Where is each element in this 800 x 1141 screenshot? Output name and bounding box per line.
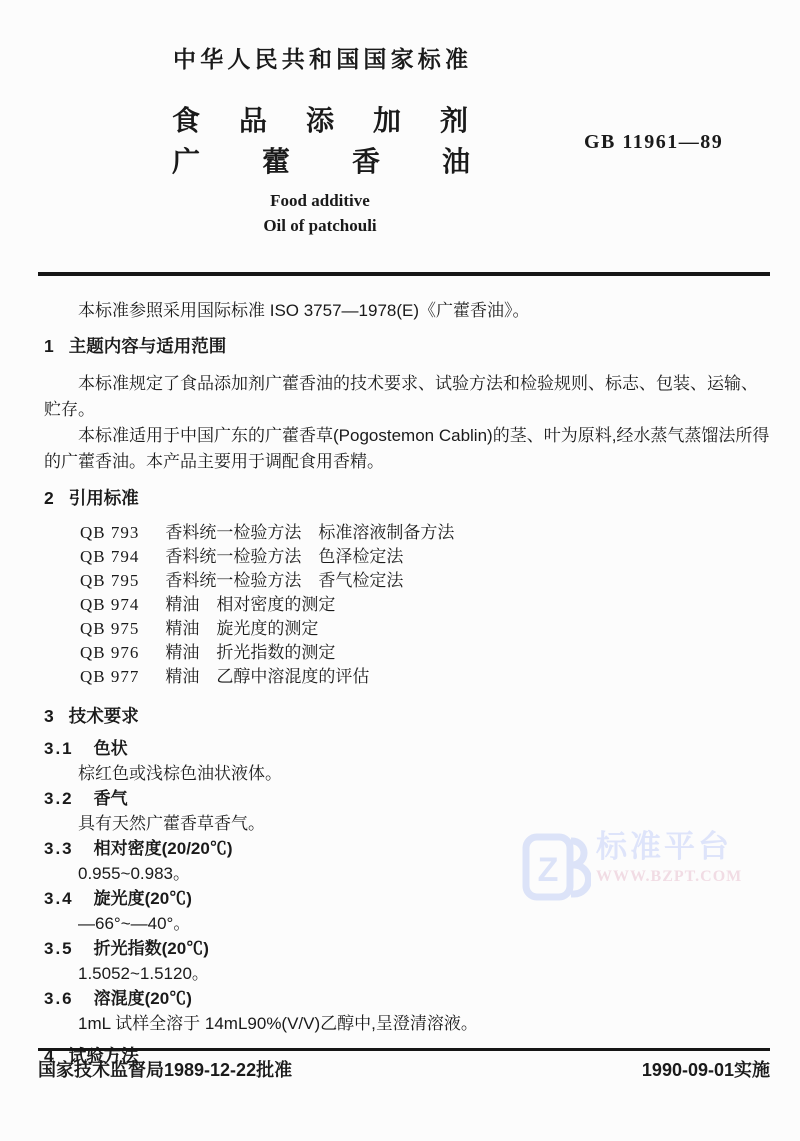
section-2-heading: 2 引用标准 <box>44 485 772 511</box>
subsection-heading: 3.6 溶混度(20℃) <box>44 986 772 1011</box>
section-1-heading: 1 主题内容与适用范围 <box>44 333 772 359</box>
section-1-title: 主题内容与适用范围 <box>69 333 227 359</box>
subsection-heading: 3.3 相对密度(20/20℃) <box>44 836 772 861</box>
subsection-heading: 3.5 折光指数(20℃) <box>44 936 772 961</box>
subsection-value: 1.5052~1.5120。 <box>44 961 772 986</box>
section-3-heading: 3 技术要求 <box>44 703 772 729</box>
subsection-value: 棕红色或浅棕色油状液体。 <box>44 761 772 786</box>
section-1-paragraph-1: 本标准规定了食品添加剂广藿香油的技术要求、试验方法和检验规则、标志、包装、运输、… <box>44 371 772 423</box>
section-2-number: 2 <box>44 485 54 511</box>
list-item: QB 977 精油 乙醇中溶混度的评估 <box>80 665 772 689</box>
ref-name: 精油 乙醇中溶混度的评估 <box>165 665 369 689</box>
ref-name: 香料统一检验方法 香气检定法 <box>165 569 403 593</box>
implementation-note: 1990-09-01实施 <box>642 1056 770 1082</box>
ref-code: QB 977 <box>80 665 139 689</box>
subsection-number: 3.5 <box>44 936 74 961</box>
subsection-title: 折光指数(20℃) <box>94 936 209 961</box>
subsection-number: 3.2 <box>44 786 74 811</box>
referenced-standards-list: QB 793 香料统一检验方法 标准溶液制备方法 QB 794 香料统一检验方法… <box>44 521 772 689</box>
subsection-number: 3.1 <box>44 736 74 761</box>
section-3-number: 3 <box>44 703 54 729</box>
list-item: QB 794 香料统一检验方法 色泽检定法 <box>80 545 772 569</box>
subsection-title: 香气 <box>94 786 128 811</box>
ref-name: 精油 旋光度的测定 <box>165 617 318 641</box>
list-item: QB 975 精油 旋光度的测定 <box>80 617 772 641</box>
section-3-title: 技术要求 <box>69 703 139 729</box>
standard-number: GB 11961—89 <box>584 131 723 154</box>
footer-divider-rule <box>38 1048 770 1051</box>
list-item: QB 793 香料统一检验方法 标准溶液制备方法 <box>80 521 772 545</box>
section-1-number: 1 <box>44 333 54 359</box>
english-title-line2: Oil of patchouli <box>172 216 468 236</box>
ref-name: 香料统一检验方法 色泽检定法 <box>165 545 403 569</box>
ref-code: QB 975 <box>80 617 139 641</box>
subsection-title: 相对密度(20/20℃) <box>94 836 233 861</box>
subsection-value: 具有天然广藿香草香气。 <box>44 811 772 836</box>
subsection-value: 1mL 试样全溶于 14mL90%(V/V)乙醇中,呈澄清溶液。 <box>44 1011 772 1036</box>
subsection-title: 旋光度(20℃) <box>94 886 192 911</box>
english-title-line1: Food additive <box>172 191 468 211</box>
ref-name: 精油 折光指数的测定 <box>165 641 335 665</box>
subsection-number: 3.4 <box>44 886 74 911</box>
standard-document-page: 中华人民共和国国家标准 食品添加剂 广藿香油 GB 11961—89 Food … <box>0 0 800 1141</box>
section-1-paragraph-2: 本标准适用于中国广东的广藿香草(Pogostemon Cablin)的茎、叶为原… <box>44 423 772 475</box>
section-2-title: 引用标准 <box>69 485 139 511</box>
list-item: QB 976 精油 折光指数的测定 <box>80 641 772 665</box>
document-title-line1: 食品添加剂 <box>172 99 507 139</box>
technical-requirements: 3.1 色状 棕红色或浅棕色油状液体。 3.2 香气 具有天然广藿香草香气。 3… <box>44 736 772 1036</box>
subsection-number: 3.3 <box>44 836 74 861</box>
subsection-title: 溶混度(20℃) <box>94 986 192 1011</box>
document-body: 本标准参照采用国际标准 ISO 3757—1978(E)《广藿香油》。 1 主题… <box>44 290 772 1069</box>
ref-code: QB 794 <box>80 545 139 569</box>
subsection-value: 0.955~0.983。 <box>44 861 772 886</box>
header-divider-rule <box>38 272 770 276</box>
subsection-heading: 3.2 香气 <box>44 786 772 811</box>
subsection-value: —66°~—40°。 <box>44 911 772 936</box>
ref-name: 精油 相对密度的测定 <box>165 593 335 617</box>
ref-code: QB 795 <box>80 569 139 593</box>
intro-paragraph: 本标准参照采用国际标准 ISO 3757—1978(E)《广藿香油》。 <box>44 298 772 324</box>
subsection-title: 色状 <box>94 736 128 761</box>
ref-name: 香料统一检验方法 标准溶液制备方法 <box>165 521 454 545</box>
ref-code: QB 976 <box>80 641 139 665</box>
list-item: QB 974 精油 相对密度的测定 <box>80 593 772 617</box>
ref-code: QB 974 <box>80 593 139 617</box>
subsection-number: 3.6 <box>44 986 74 1011</box>
ref-code: QB 793 <box>80 521 139 545</box>
document-title-line2: 广藿香油 <box>172 140 532 180</box>
approval-note: 国家技术监督局1989-12-22批准 <box>38 1056 292 1082</box>
list-item: QB 795 香料统一检验方法 香气检定法 <box>80 569 772 593</box>
national-standard-header: 中华人民共和国国家标准 <box>173 41 472 74</box>
subsection-heading: 3.4 旋光度(20℃) <box>44 886 772 911</box>
subsection-heading: 3.1 色状 <box>44 736 772 761</box>
